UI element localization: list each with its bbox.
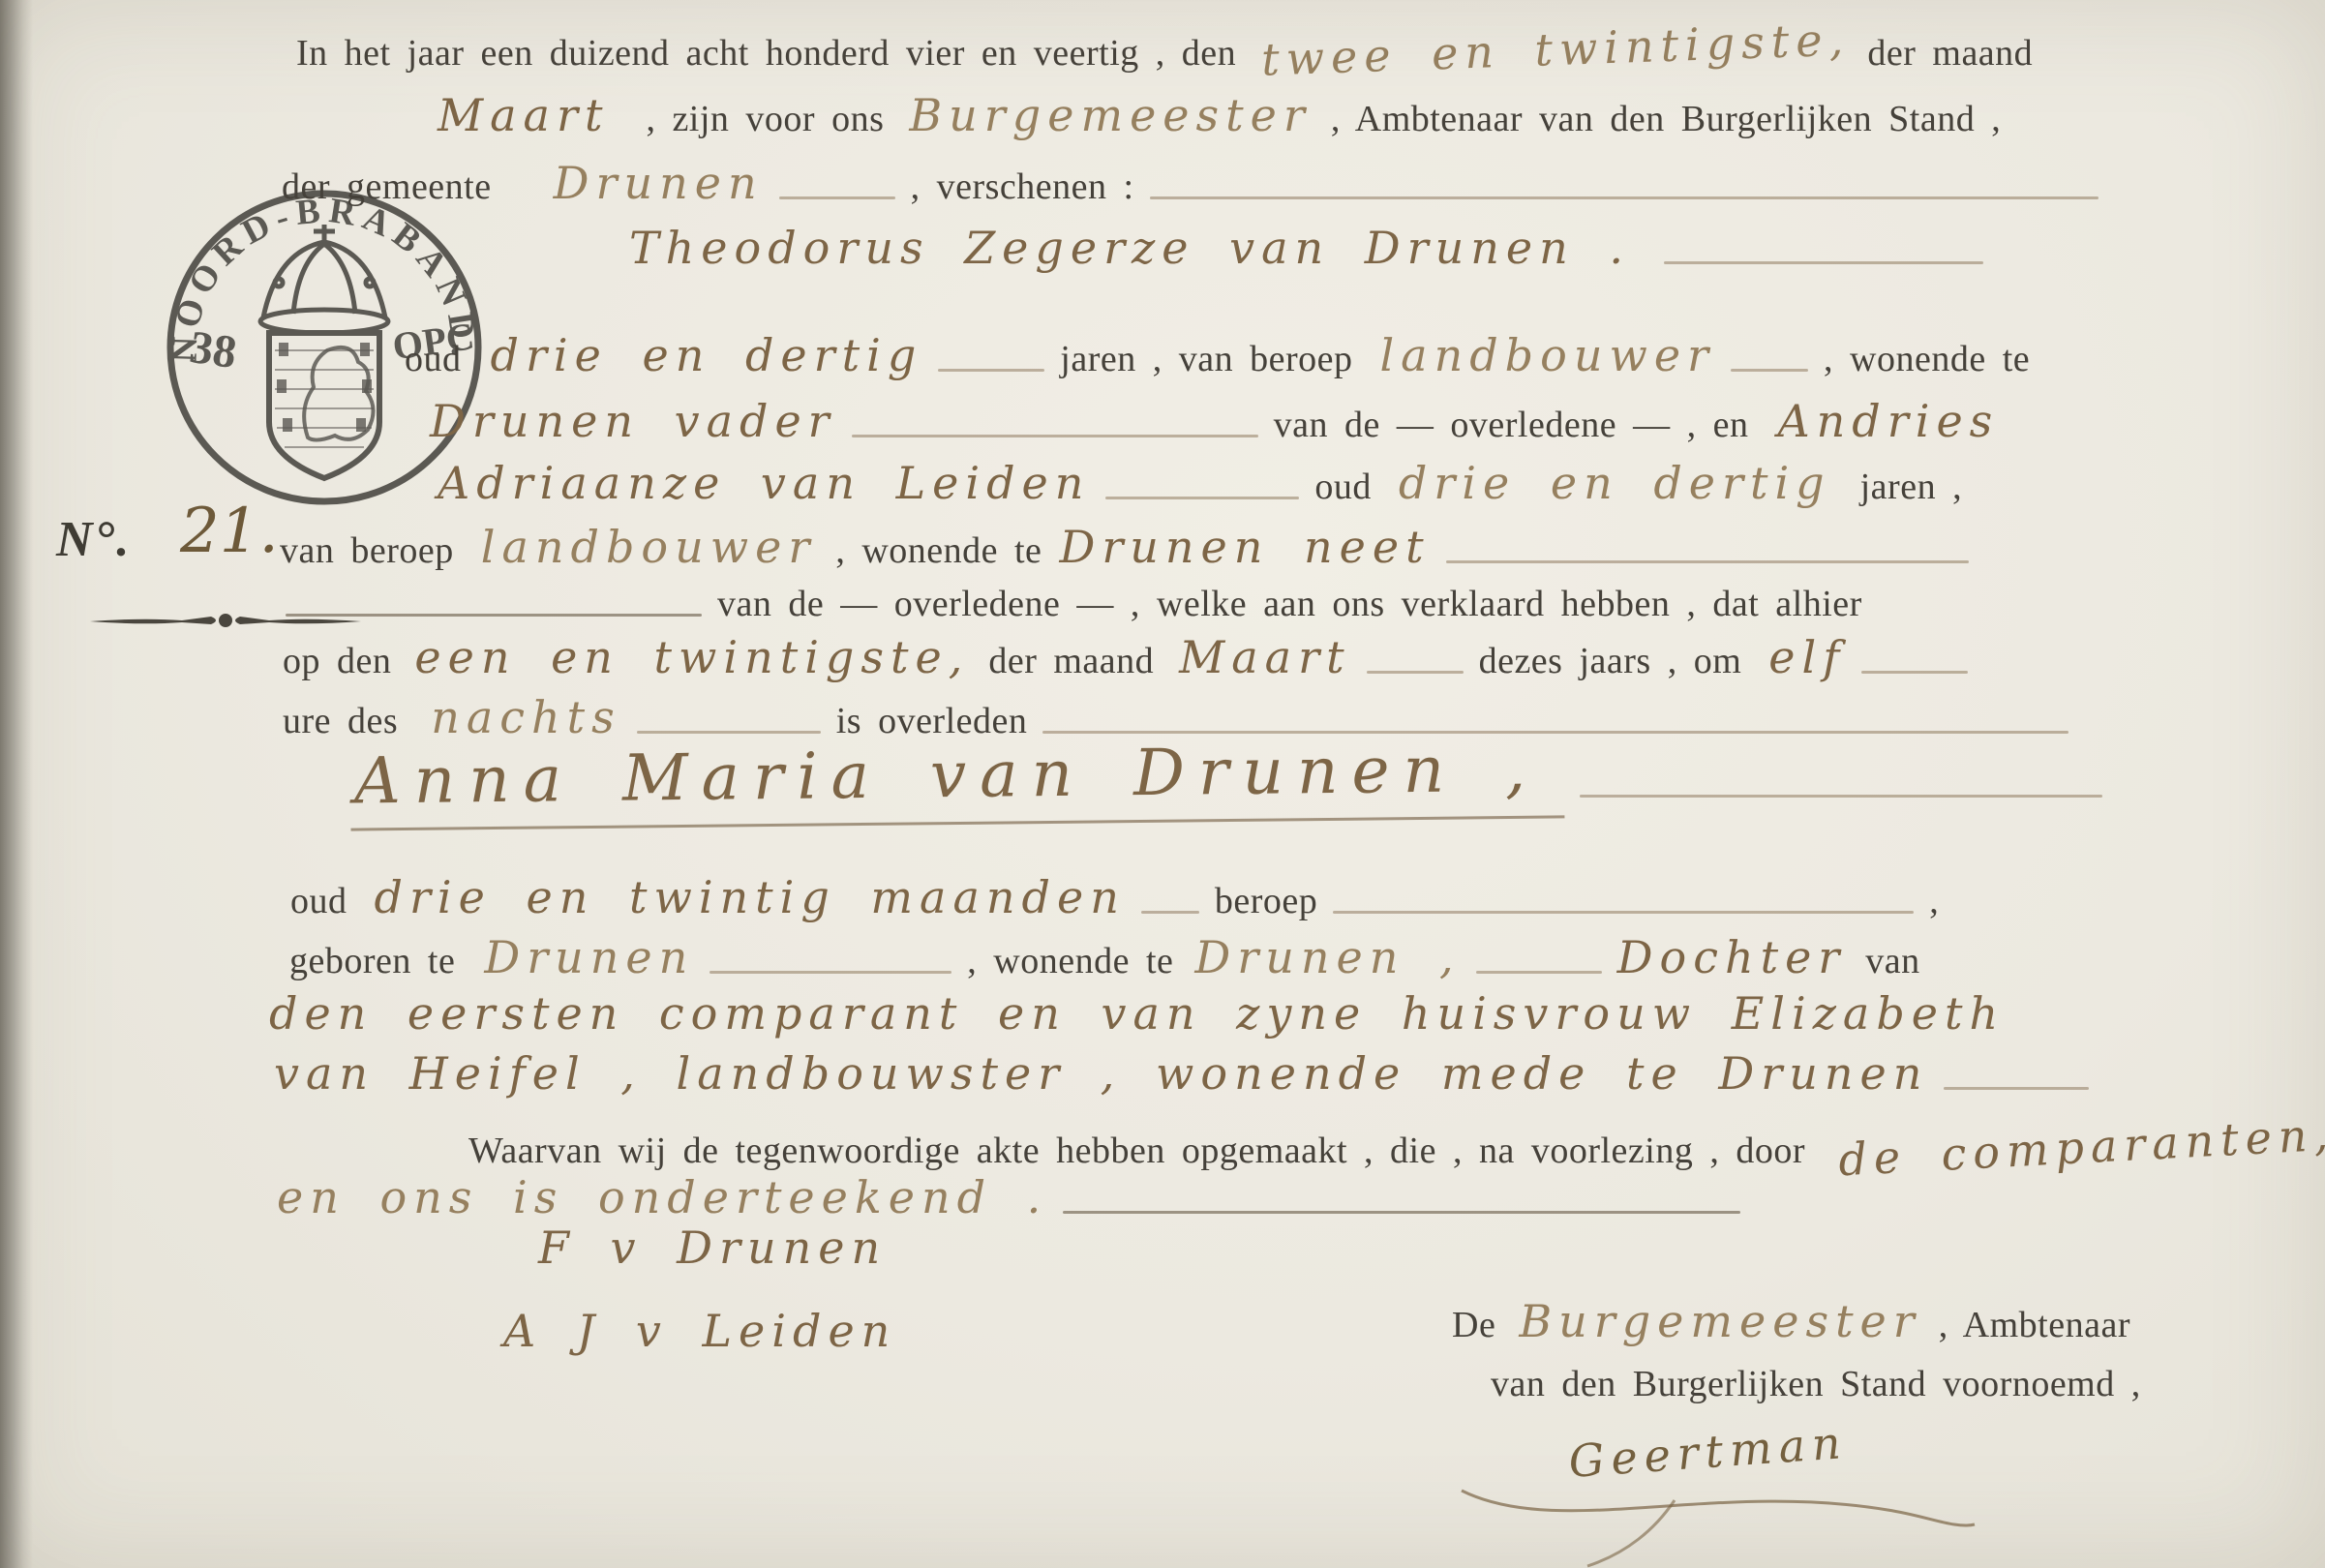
print-beroep: beroep [1215, 881, 1317, 921]
stamp-left-value: 38 [187, 321, 240, 378]
hw-daughter: Dochter [1617, 931, 1847, 983]
line-year-date: In het jaar een duizend acht honderd vie… [296, 23, 2033, 75]
print-wonende-te3: , wonende te [967, 941, 1173, 981]
hw-declarant2-firstname: Andries [1777, 395, 1999, 447]
line-declarant2-occupation: van beroep landbouwer , wonende te Drune… [280, 521, 1980, 573]
print-ambtenaar: , Ambtenaar van den Burgerlijken Stand , [1331, 99, 2001, 139]
blank-rule [286, 614, 702, 617]
line-declarant1-residence: Drunen vader van de — overledene — , en … [430, 395, 1999, 447]
hw-death-month: Maart [1179, 631, 1350, 683]
stamp-shield [269, 333, 379, 478]
blank-rule [637, 731, 821, 734]
hw-parents-text2: van Heifel , landbouwster , wonende mede… [274, 1047, 1928, 1100]
print-declaration-text: van de — overledene — , welke aan ons ve… [717, 584, 1862, 624]
print-year-text: In het jaar een duizend acht honderd vie… [296, 33, 1236, 74]
print-zijn-voor-ons: , zijn voor ons [646, 99, 884, 139]
hw-burgemeester: Burgemeester [1519, 1295, 1920, 1347]
print-wonende-te2: , wonende te [835, 530, 1042, 571]
print-dezes-jaars-om: dezes jaars , om [1479, 641, 1742, 681]
print-van-de-overledene-en: van de — overledene — , en [1274, 405, 1749, 445]
print-van-beroep2: van beroep [280, 530, 454, 571]
print-der-maand2: der maand [988, 641, 1154, 681]
hw-comparanten: de comparanten, [1837, 1108, 2325, 1187]
blank-rule [1105, 497, 1299, 499]
print-oud: oud [405, 339, 462, 379]
line-death-date: op den een en twintigste, der maand Maar… [283, 631, 1979, 683]
line-officiant-title: De Burgemeester , Ambtenaar [1452, 1295, 2130, 1347]
print-is-overleden: is overleden [836, 701, 1028, 741]
print-comma: , [1929, 881, 1939, 921]
hw-birthplace: Drunen [484, 931, 694, 983]
print-verschenen: , verschenen : [911, 166, 1134, 207]
hw-month: Maart [438, 89, 609, 141]
blank-rule [1944, 1087, 2089, 1090]
blank-rule [1141, 911, 1199, 914]
signature-flourish [1384, 1471, 1984, 1568]
hw-occupation1: landbouwer [1379, 329, 1715, 381]
line-officiant-subtitle: van den Burgerlijken Stand voornoemd , [1491, 1363, 2141, 1405]
blank-rule [710, 971, 951, 974]
hw-deceased-age: drie en twintig maanden [375, 871, 1126, 923]
blank-rule [1861, 671, 1968, 674]
print-der-gemeente: der gemeente [282, 166, 492, 207]
blank-rule [1731, 369, 1808, 372]
hw-death-day: een en twintigste, [414, 631, 969, 683]
death-certificate-page: NOORD-BRABAND. 38 OPC [0, 0, 2325, 1568]
blank-rule [1333, 911, 1914, 914]
line-declarant2-name: Adriaanze van Leiden oud drie en dertig … [438, 457, 1962, 509]
line-declarant1-name: Theodorus Zegerze van Drunen . [629, 219, 1995, 276]
blank-rule [1580, 795, 2102, 798]
print-ure-des: ure des [283, 701, 398, 741]
act-number-label: N°. [56, 511, 131, 568]
print-closing-text: Waarvan wij de tegenwoordige akte hebben… [468, 1131, 1805, 1171]
blank-rule [1446, 560, 1969, 563]
blank-rule [1367, 671, 1464, 674]
blank-rule [1664, 261, 1983, 264]
hw-signature-van-drunen: F v Drunen [538, 1221, 887, 1274]
hw-day-ordinal: twee en twintigste, [1260, 13, 1851, 85]
act-number-value: 21. [180, 496, 279, 567]
print-voornoemd: van den Burgerlijken Stand voornoemd , [1491, 1364, 2141, 1404]
hw-residence2-relation: Drunen neet [1059, 521, 1430, 573]
line-deceased-age: oud drie en twintig maanden beroep , [290, 871, 1939, 923]
line-month-official: Maart , zijn voor ons Burgemeester , Amb… [438, 89, 2001, 141]
line-closing-2: en ons is onderteekend . [277, 1171, 1752, 1223]
line-deceased-birth: geboren te Drunen , wonende te Drunen , … [289, 931, 1920, 983]
print-jaren-beroep: jaren , van beroep [1060, 339, 1352, 379]
line-declarant1-age: oud drie en dertig jaren , van beroep la… [405, 329, 2030, 381]
print-wonende-te: , wonende te [1824, 339, 2030, 379]
print-van: van [1865, 941, 1919, 981]
blank-rule [1063, 1211, 1740, 1214]
hw-age1: drie en dertig [491, 329, 923, 381]
print-oud2: oud [1314, 467, 1372, 507]
print-der-maand: der maand [1867, 33, 2033, 74]
hw-signature-van-leiden: A J v Leiden [503, 1305, 896, 1357]
hw-residence3: Drunen , [1194, 931, 1460, 983]
hw-age2: drie en dertig [1399, 457, 1831, 509]
blank-rule [779, 196, 895, 199]
hw-gemeente-name: Drunen [554, 157, 764, 209]
line-closing-1: Waarvan wij de tegenwoordige akte hebben… [468, 1121, 2325, 1173]
page-binding-edge [0, 0, 33, 1568]
signature-declarant1: F v Drunen [538, 1221, 887, 1275]
hw-deceased-name: Anna Maria van Drunen , [350, 731, 1565, 830]
line-declaration: van de — overledene — , welke aan ons ve… [286, 583, 1862, 625]
hw-time-of-day: nachts [431, 691, 621, 743]
print-oud3: oud [290, 881, 347, 921]
hw-death-hour: elf [1768, 631, 1846, 683]
hw-declarant2-name: Adriaanze van Leiden [438, 457, 1090, 509]
line-parents-1: den eersten comparant en van zyne huisvr… [269, 987, 2005, 1040]
hw-parents-text1: den eersten comparant en van zyne huisvr… [269, 987, 2005, 1040]
print-op-den: op den [283, 641, 391, 681]
print-jaren2: jaren , [1860, 467, 1962, 507]
hw-residence1-relation: Drunen vader [430, 395, 836, 447]
line-deceased-name: Anna Maria van Drunen , [350, 738, 2114, 825]
blank-rule [1476, 971, 1602, 974]
hw-official-title: Burgemeester [909, 89, 1311, 141]
hw-declarant1-name: Theodorus Zegerze van Drunen . [629, 222, 1630, 274]
line-parents-2: van Heifel , landbouwster , wonende mede… [274, 1047, 2100, 1100]
stamp-crown [260, 225, 388, 333]
line-gemeente: der gemeente Drunen , verschenen : [282, 157, 2110, 209]
blank-rule [852, 435, 1258, 437]
hw-onderteekend: en ons is onderteekend . [277, 1171, 1047, 1223]
hw-occupation2: landbouwer [481, 521, 817, 573]
print-ambtenaar2: , Ambtenaar [1939, 1305, 2130, 1345]
print-de: De [1452, 1305, 1495, 1345]
blank-rule [938, 369, 1044, 372]
print-geboren-te: geboren te [289, 941, 455, 981]
blank-rule [1150, 196, 2099, 199]
signature-declarant2: A J v Leiden [503, 1295, 896, 1360]
